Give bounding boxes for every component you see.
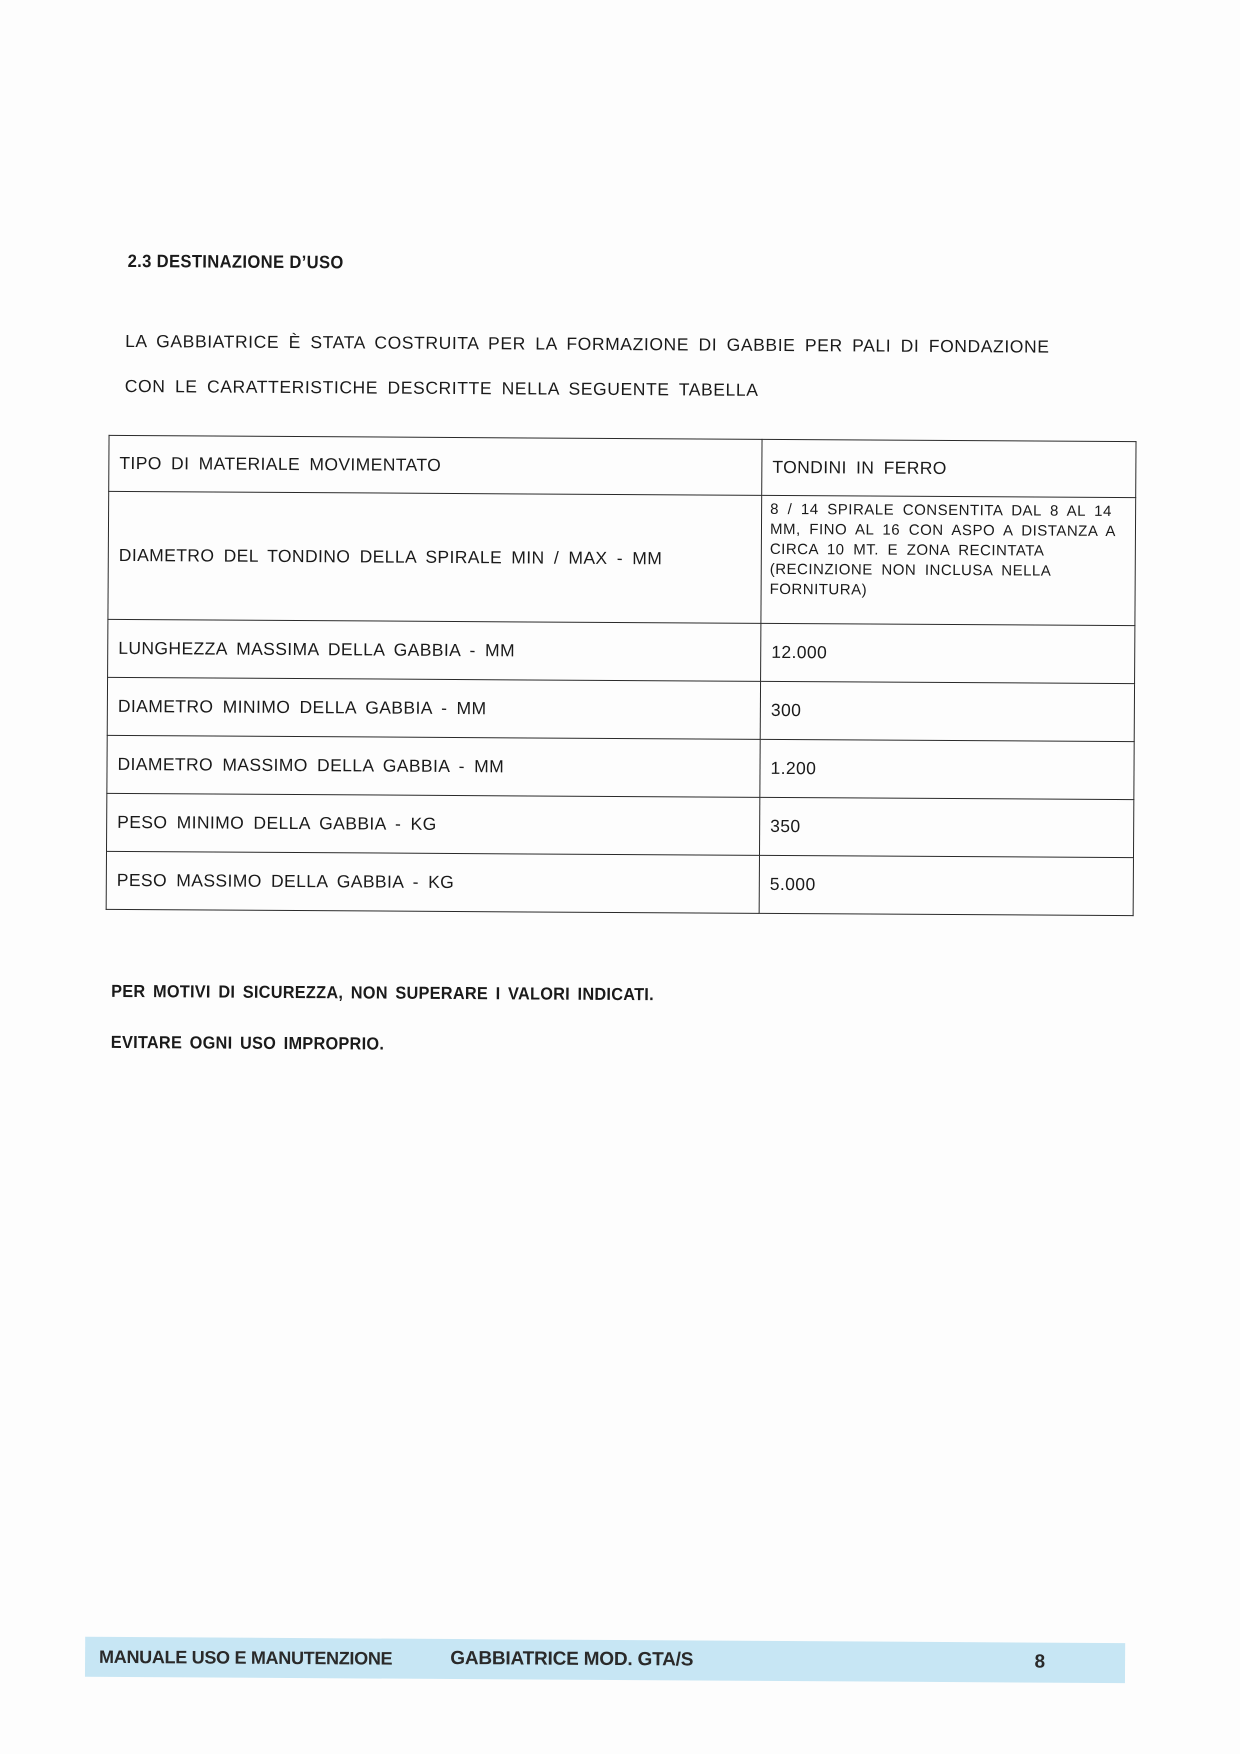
safety-warnings: PER MOTIVI DI SICUREZZA, NON SUPERARE I …: [111, 981, 654, 1086]
row-value: 5.000: [759, 855, 1133, 915]
row-label: TIPO DI MATERIALE MOVIMENTATO: [109, 435, 762, 495]
document-page: 2.3 DESTINAZIONE D’USO LA GABBIATRICE È …: [0, 0, 1240, 1754]
table-row: TIPO DI MATERIALE MOVIMENTATO TONDINI IN…: [109, 435, 1136, 497]
intro-line: CON LE CARATTERISTICHE DESCRITTE NELLA S…: [125, 364, 1050, 415]
row-value: 300: [760, 681, 1134, 741]
page-number: 8: [1034, 1652, 1045, 1674]
table-row: PESO MINIMO DELLA GABBIA - KG 350: [107, 793, 1134, 857]
footer-manual-title: MANUALE USO E MANUTENZIONE: [99, 1646, 392, 1669]
footer-model: GABBIATRICE MOD. GTA/S: [450, 1648, 693, 1671]
intro-line: LA GABBIATRICE È STATA COSTRUITA PER LA …: [125, 319, 1050, 370]
intro-paragraph: LA GABBIATRICE È STATA COSTRUITA PER LA …: [125, 319, 1050, 415]
table-row: DIAMETRO MASSIMO DELLA GABBIA - MM 1.200: [107, 735, 1134, 799]
row-label: PESO MINIMO DELLA GABBIA - KG: [107, 793, 760, 855]
section-title: 2.3 DESTINAZIONE D’USO: [128, 251, 344, 273]
specifications-table: TIPO DI MATERIALE MOVIMENTATO TONDINI IN…: [106, 435, 1137, 916]
row-value: 8 / 14 SPIRALE CONSENTITA DAL 8 AL 14 MM…: [761, 495, 1136, 625]
warning-text: EVITARE OGNI USO IMPROPRIO.: [111, 1032, 654, 1056]
row-value: 12.000: [761, 623, 1135, 683]
row-label: PESO MASSIMO DELLA GABBIA - KG: [106, 851, 759, 913]
row-value: 350: [759, 797, 1133, 857]
table-row: DIAMETRO DEL TONDINO DELLA SPIRALE MIN /…: [108, 491, 1136, 625]
row-label: LUNGHEZZA MASSIMA DELLA GABBIA - MM: [108, 619, 761, 681]
row-label: DIAMETRO MINIMO DELLA GABBIA - MM: [107, 677, 760, 739]
row-label: DIAMETRO DEL TONDINO DELLA SPIRALE MIN /…: [108, 491, 762, 623]
warning-text: PER MOTIVI DI SICUREZZA, NON SUPERARE I …: [111, 981, 654, 1005]
row-label: DIAMETRO MASSIMO DELLA GABBIA - MM: [107, 735, 760, 797]
table-row: PESO MASSIMO DELLA GABBIA - KG 5.000: [106, 851, 1133, 915]
table-row: LUNGHEZZA MASSIMA DELLA GABBIA - MM 12.0…: [108, 619, 1135, 683]
row-value: 1.200: [760, 739, 1134, 799]
page-footer: MANUALE USO E MANUTENZIONE GABBIATRICE M…: [85, 1637, 1125, 1683]
row-value: TONDINI IN FERRO: [762, 439, 1136, 497]
table-row: DIAMETRO MINIMO DELLA GABBIA - MM 300: [107, 677, 1134, 741]
